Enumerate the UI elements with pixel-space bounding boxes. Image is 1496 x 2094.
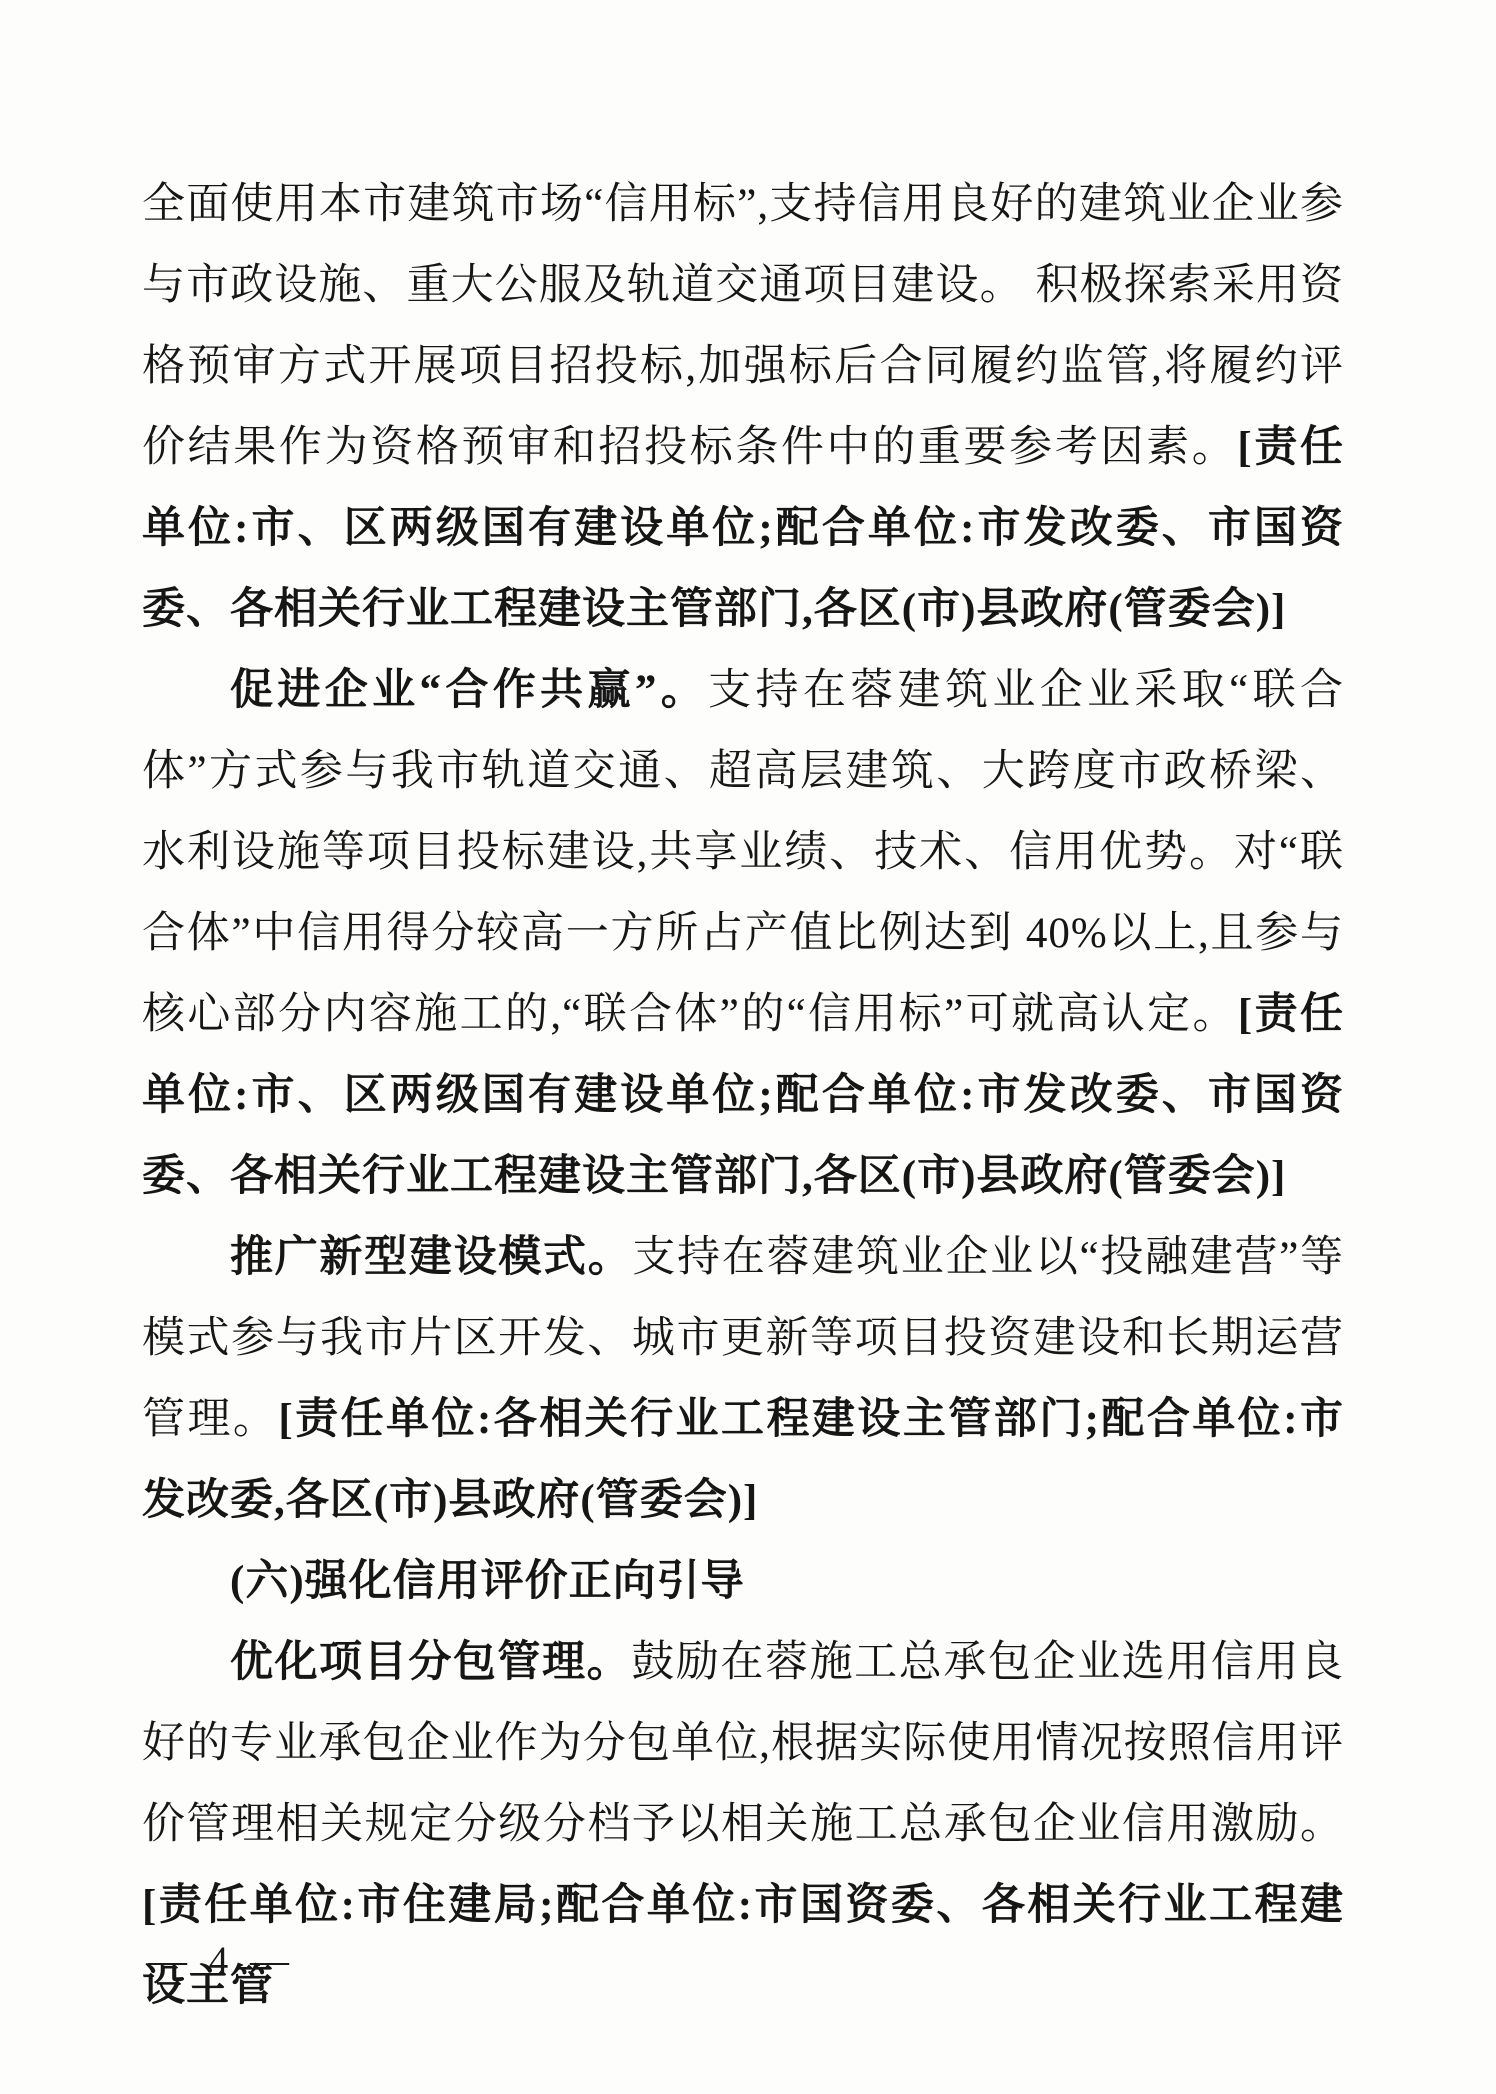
body-text: 全面使用本市建筑市场“信用标”,支持信用良好的建筑业企业参与市政设施、重大公服及… — [142, 181, 1344, 471]
lead-in-sentence: 推广新型建设模式。 — [230, 1234, 632, 1281]
section-heading-text: (六)强化信用评价正向引导 — [230, 1558, 745, 1605]
para-subcontract-management: 优化项目分包管理。鼓励在蓉施工总承包企业选用信用良好的专业承包企业作为分包单位,… — [142, 1622, 1344, 2027]
lead-in-sentence: 优化项目分包管理。 — [230, 1639, 631, 1686]
body-text: 支持在蓉建筑业企业采取“联合体”方式参与我市轨道交通、超高层建筑、大跨度市政桥梁… — [142, 667, 1344, 1038]
page-number: — 4 — — [148, 1938, 295, 1983]
document-page: 全面使用本市建筑市场“信用标”,支持信用良好的建筑业企业参与市政设施、重大公服及… — [0, 0, 1496, 2094]
responsibility-clause: [责任单位:市住建局;配合单位:市国资委、各相关行业工程建设主管 — [142, 1882, 1344, 2010]
heading-section-six: (六)强化信用评价正向引导 — [142, 1541, 1344, 1622]
para-credit-mark-usage: 全面使用本市建筑市场“信用标”,支持信用良好的建筑业企业参与市政设施、重大公服及… — [142, 164, 1344, 650]
lead-in-sentence: 促进企业“合作共赢”。 — [230, 667, 708, 714]
para-cooperation-win-win: 促进企业“合作共赢”。支持在蓉建筑业企业采取“联合体”方式参与我市轨道交通、超高… — [142, 650, 1344, 1217]
para-new-construction-model: 推广新型建设模式。支持在蓉建筑业企业以“投融建营”等模式参与我市片区开发、城市更… — [142, 1217, 1344, 1541]
document-body: 全面使用本市建筑市场“信用标”,支持信用良好的建筑业企业参与市政设施、重大公服及… — [142, 164, 1344, 2027]
responsibility-clause: [责任单位:各相关行业工程建设主管部门;配合单位:市发改委,各区(市)县政府(管… — [142, 1396, 1344, 1524]
